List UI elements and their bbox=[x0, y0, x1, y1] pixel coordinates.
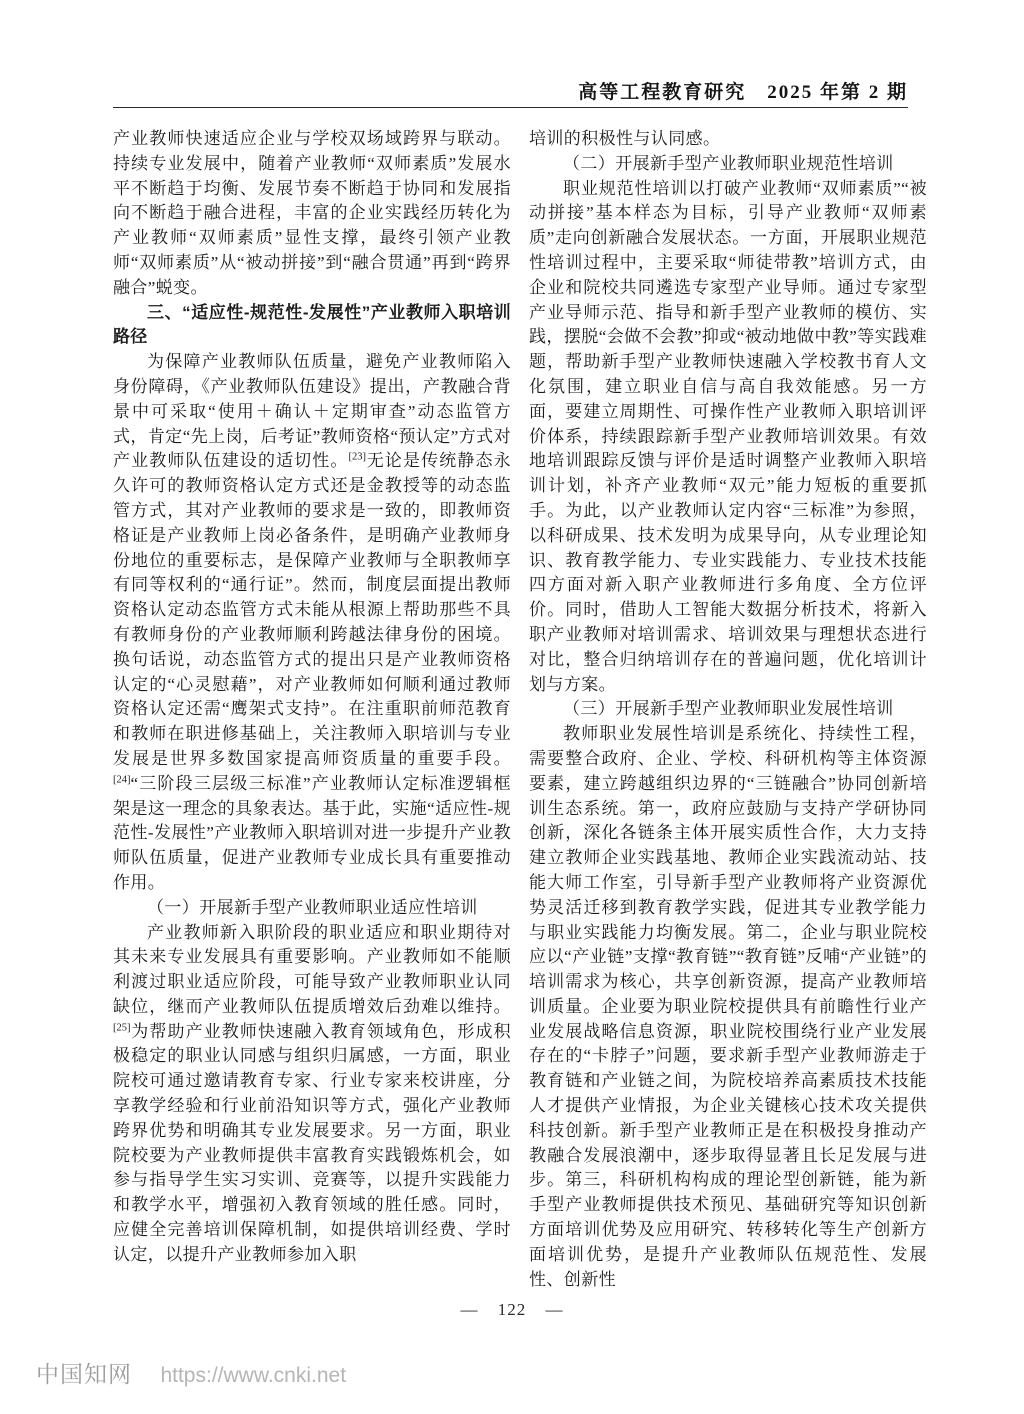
header-rule bbox=[113, 107, 908, 108]
subsection-heading: （一）开展新手型产业教师职业适应性培训 bbox=[113, 896, 511, 921]
cnki-site-name: 中国知网 bbox=[36, 1361, 132, 1387]
paragraph: 职业规范性培训以打破产业教师“双师素质”“被动拼接”基本样态为目标，引导产业教师… bbox=[529, 177, 927, 698]
page-number: — 122 — bbox=[0, 1300, 1024, 1320]
left-text-column: 产业教师快速适应企业与学校双场域跨界与联动。持续专业发展中，随着产业教师“双师素… bbox=[113, 127, 511, 1297]
paragraph-continuation: 产业教师快速适应企业与学校双场域跨界与联动。持续专业发展中，随着产业教师“双师素… bbox=[113, 127, 511, 301]
cnki-site-url: https://www.cnki.net bbox=[160, 1364, 346, 1387]
paragraph: 为保障产业教师队伍质量，避免产业教师陷入身份障碍，《产业教师队伍建设》提出，产教… bbox=[113, 350, 511, 896]
journal-running-head: 高等工程教育研究 2025 年第 2 期 bbox=[113, 77, 908, 104]
section-heading: 三、“适应性-规范性-发展性”产业教师入职培训路径 bbox=[113, 301, 511, 351]
cnki-watermark: 中国知网 https://www.cnki.net bbox=[36, 1356, 346, 1389]
paragraph: 教师职业发展性培训是系统化、持续性工程，需要整合政府、企业、学校、科研机构等主体… bbox=[529, 722, 927, 1292]
right-text-column: 培训的积极性与认同感。 （二）开展新手型产业教师职业规范性培训 职业规范性培训以… bbox=[529, 127, 927, 1297]
paragraph-continuation: 培训的积极性与认同感。 bbox=[529, 127, 927, 152]
subsection-heading: （三）开展新手型产业教师职业发展性培训 bbox=[529, 697, 927, 722]
journal-article-page: 高等工程教育研究 2025 年第 2 期 产业教师快速适应企业与学校双场域跨界与… bbox=[0, 0, 1024, 1414]
subsection-heading: （二）开展新手型产业教师职业规范性培训 bbox=[529, 152, 927, 177]
paragraph: 产业教师新入职阶段的职业适应和职业期待对其未来专业发展具有重要影响。产业教师如不… bbox=[113, 921, 511, 1268]
